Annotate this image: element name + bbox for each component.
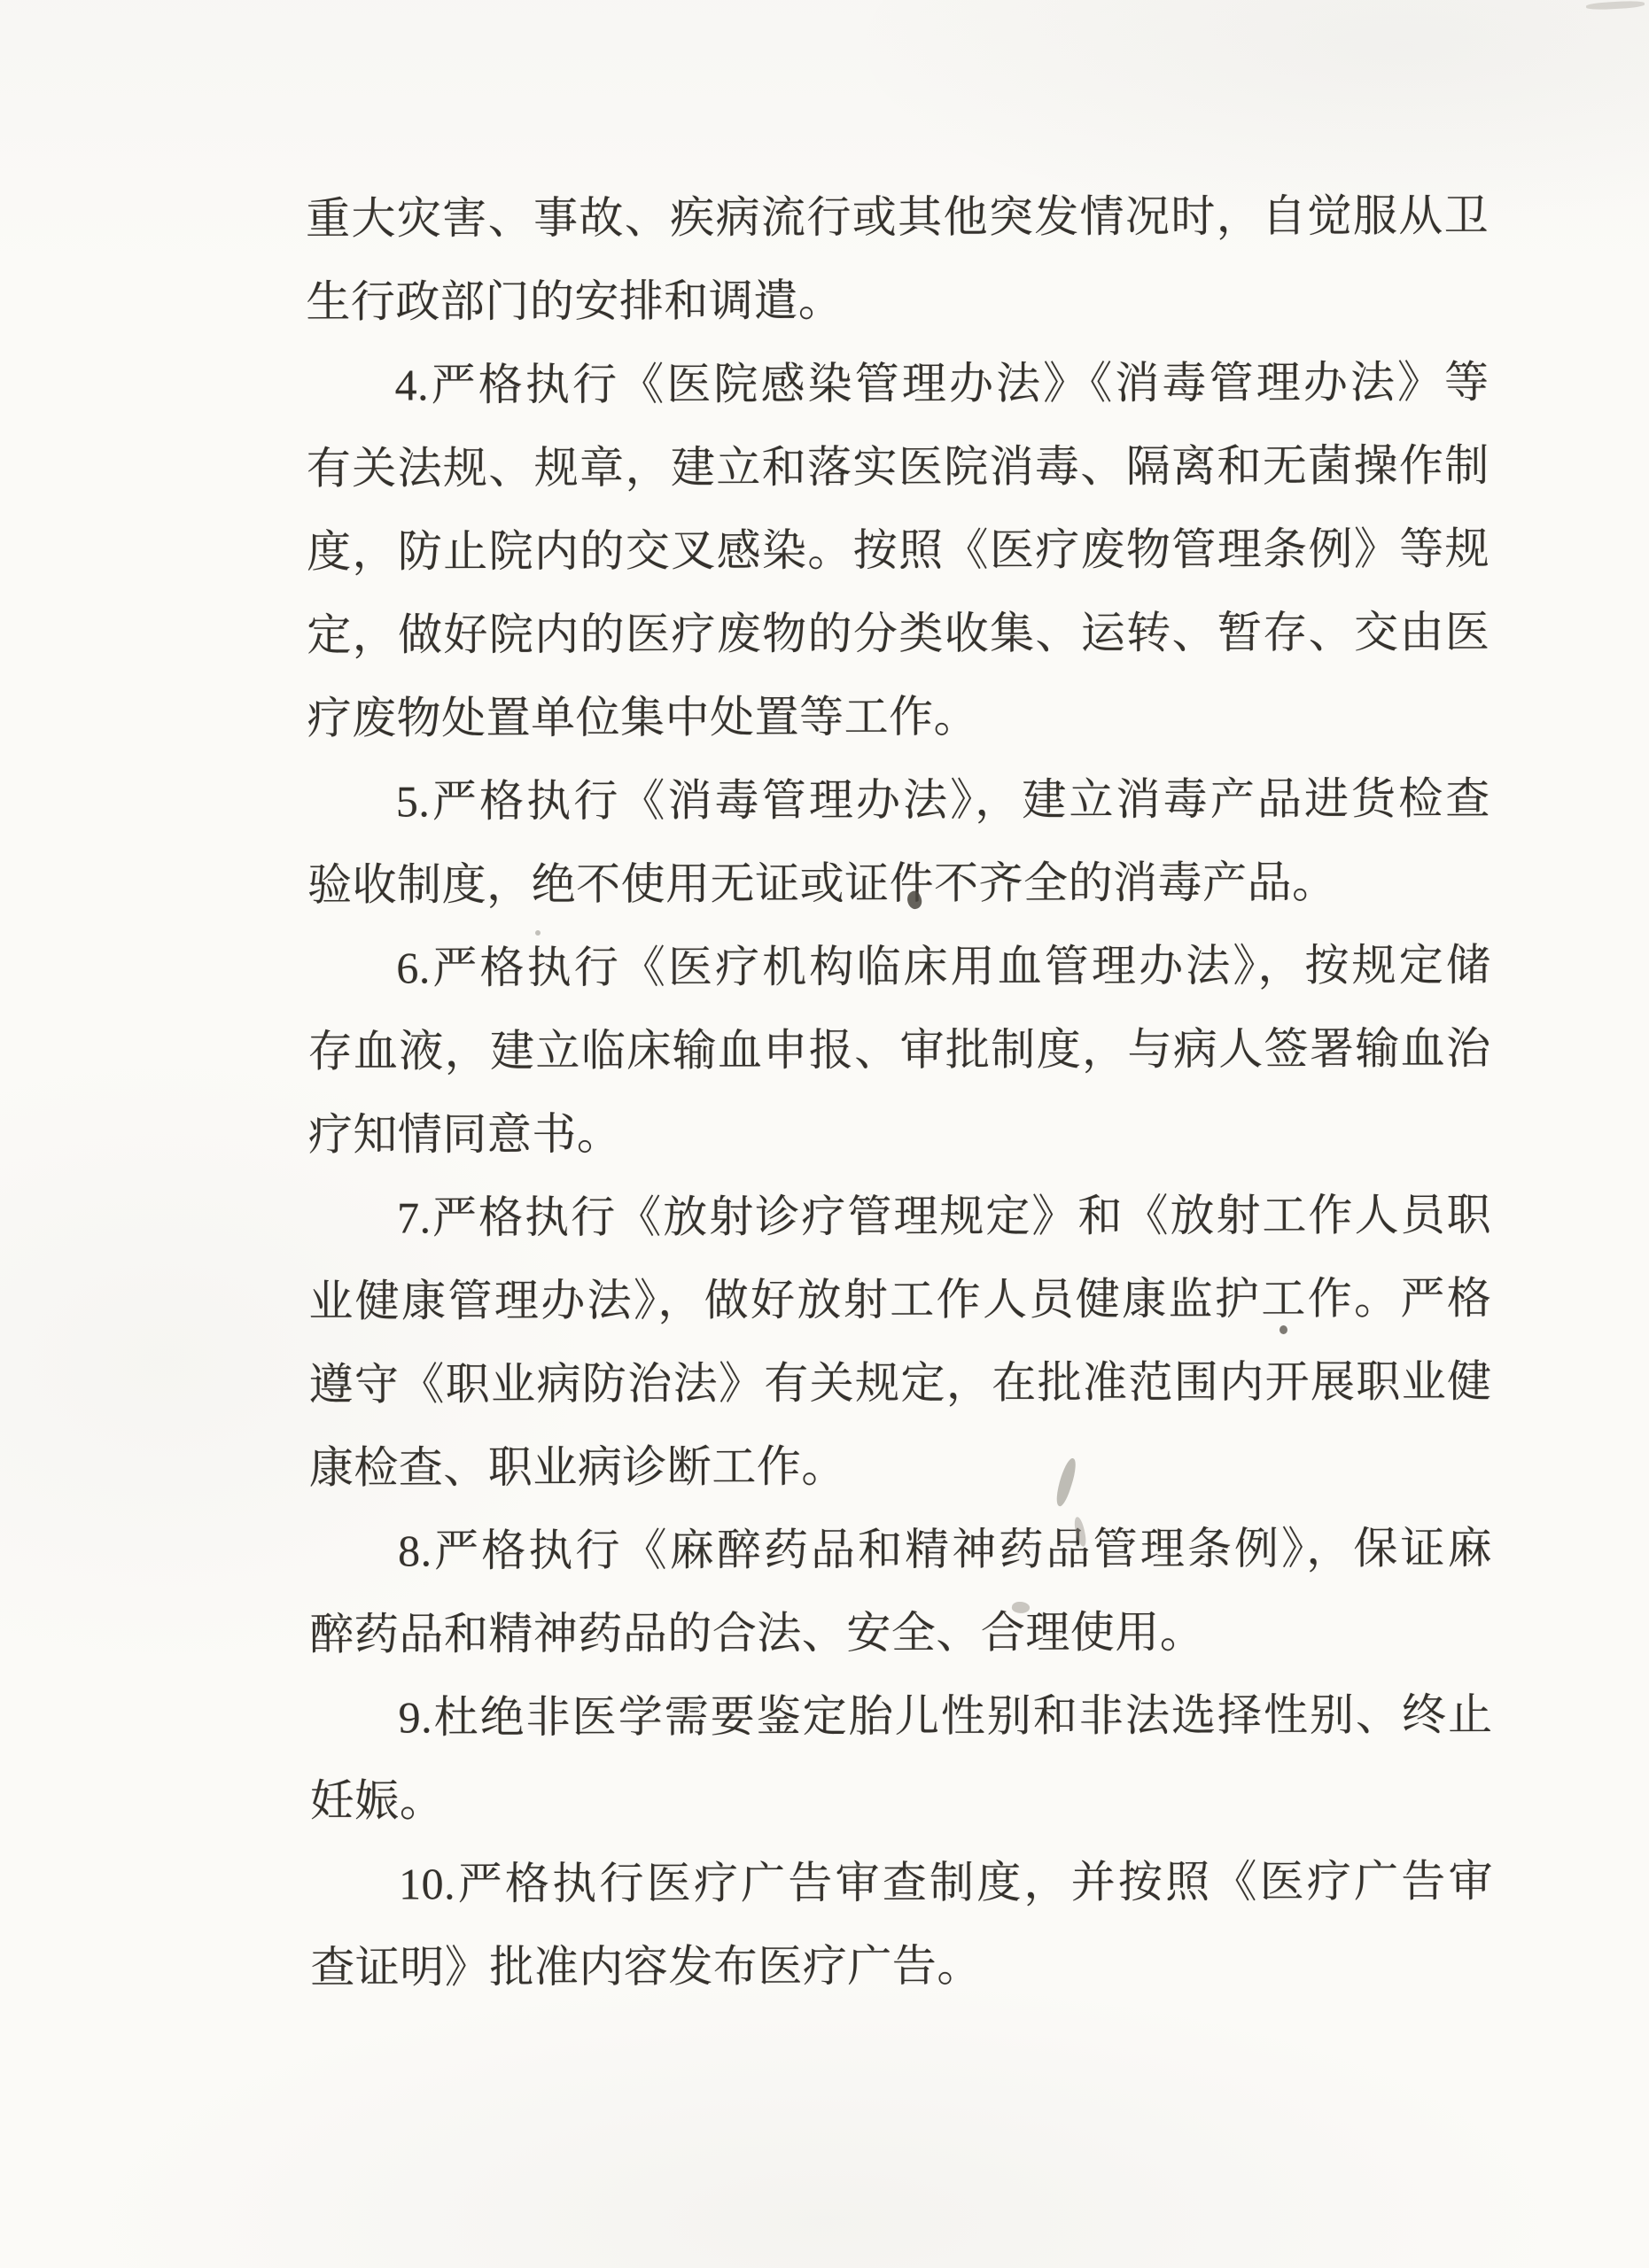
document-line: 遵守《职业病防治法》有关规定，在批准范围内开展职业健 [308, 1340, 1491, 1425]
document-line: 7.严格执行《放射诊疗管理规定》和《放射工作人员职 [308, 1173, 1491, 1259]
document-line: 4.严格执行《医院感染管理办法》《消毒管理办法》等 [306, 340, 1489, 426]
document-line: 醉药品和精神药品的合法、安全、合理使用。 [309, 1589, 1492, 1675]
document-line: 10.严格执行医疗广告审查制度，并按照《医疗广告审 [310, 1839, 1493, 1925]
document-line: 疗废物处置单位集中处置等工作。 [307, 673, 1490, 759]
document-line: 9.杜绝非医学需要鉴定胎儿性别和非法选择性别、终止 [309, 1673, 1492, 1759]
document-line: 疗知情同意书。 [308, 1090, 1491, 1176]
document-line: 5.严格执行《消毒管理办法》，建立消毒产品进货检查 [307, 757, 1490, 843]
document-line: 查证明》批准内容发布医疗广告。 [310, 1922, 1493, 2008]
document-line: 妊娠。 [310, 1756, 1493, 1842]
scanned-document-page: 重大灾害、事故、疾病流行或其他突发情况时，自觉服从卫生行政部门的安排和调遣。4.… [0, 0, 1649, 2268]
document-line: 度，防止院内的交叉感染。按照《医疗废物管理条例》等规 [307, 507, 1490, 593]
document-line: 8.严格执行《麻醉药品和精神药品管理条例》，保证麻 [309, 1506, 1492, 1592]
document-line: 业健康管理办法》，做好放射工作人员健康监护工作。严格 [308, 1256, 1491, 1342]
document-line: 有关法规、规章，建立和落实医院消毒、隔离和无菌操作制 [307, 423, 1490, 509]
document-line: 6.严格执行《医疗机构临床用血管理办法》，按规定储 [307, 923, 1490, 1009]
document-line: 存血液，建立临床输血申报、审批制度，与病人签署输血治 [307, 1006, 1490, 1092]
document-line: 康检查、职业病诊断工作。 [309, 1423, 1492, 1509]
document-line: 重大灾害、事故、疾病流行或其他突发情况时，自觉服从卫 [306, 174, 1489, 260]
scan-artifact-edge-smudge [1586, 0, 1645, 10]
document-line: 定，做好院内的医疗废物的分类收集、运转、暂存、交由医 [307, 590, 1490, 676]
document-line: 验收制度，绝不使用无证或证件不齐全的消毒产品。 [307, 840, 1490, 926]
document-text-block: 重大灾害、事故、疾病流行或其他突发情况时，自觉服从卫生行政部门的安排和调遣。4.… [306, 174, 1493, 2008]
document-line: 生行政部门的安排和调遣。 [306, 257, 1489, 343]
